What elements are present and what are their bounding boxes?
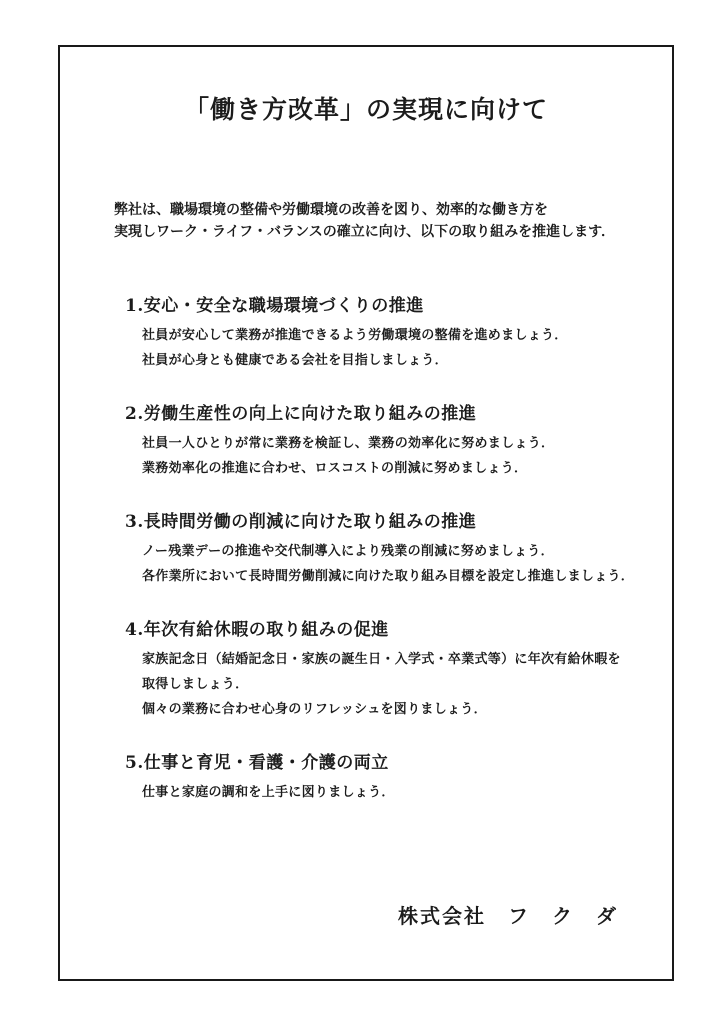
company-signature: 株式会社 フ ク ダ [60, 901, 672, 931]
section-3-line-1: ノー残業デーの推進や交代制導入により残業の削減に努めましょう． [142, 539, 672, 564]
section-2-line-2: 業務効率化の推進に合わせ、ロスコストの削減に努めましょう． [142, 456, 672, 481]
section-2: 2.労働生産性の向上に向けた取り組みの推進 社員一人ひとりが常に業務を検証し、業… [125, 401, 672, 481]
section-5-heading: 5.仕事と育児・看護・介護の両立 [125, 750, 672, 776]
section-3-line-2: 各作業所において長時間労働削減に向けた取り組み目標を設定し推進しましょう． [142, 564, 672, 589]
section-4: 4.年次有給休暇の取り組みの促進 家族記念日（結婚記念日・家族の誕生日・入学式・… [125, 617, 672, 722]
document-title: 「働き方改革」の実現に向けて [60, 93, 672, 127]
section-1-line-2: 社員が心身とも健康である会社を目指しましょう． [142, 348, 672, 373]
section-5: 5.仕事と育児・看護・介護の両立 仕事と家庭の調和を上手に図りましょう． [125, 750, 672, 805]
section-2-heading: 2.労働生産性の向上に向けた取り組みの推進 [125, 401, 672, 427]
intro-paragraph: 弊社は、職場環境の整備や労働環境の改善を図り、効率的な働き方を 実現しワーク・ラ… [114, 199, 672, 243]
policy-sections: 1.安心・安全な職場環境づくりの推進 社員が安心して業務が推進できるよう労働環境… [125, 293, 672, 805]
section-2-line-1: 社員一人ひとりが常に業務を検証し、業務の効率化に努めましょう． [142, 431, 672, 456]
section-3-heading: 3.長時間労働の削減に向けた取り組みの推進 [125, 509, 672, 535]
section-4-heading: 4.年次有給休暇の取り組みの促進 [125, 617, 672, 643]
section-5-line-1: 仕事と家庭の調和を上手に図りましょう． [142, 780, 672, 805]
intro-line-2: 実現しワーク・ライフ・バランスの確立に向け、以下の取り組みを推進します． [114, 224, 615, 240]
section-4-line-3: 個々の業務に合わせ心身のリフレッシュを図りましょう． [142, 697, 672, 722]
section-4-line-1: 家族記念日（結婚記念日・家族の誕生日・入学式・卒業式等）に年次有給休暇を [142, 647, 672, 672]
section-1-heading: 1.安心・安全な職場環境づくりの推進 [125, 293, 672, 319]
intro-line-1: 弊社は、職場環境の整備や労働環境の改善を図り、効率的な働き方を [114, 202, 548, 218]
section-1: 1.安心・安全な職場環境づくりの推進 社員が安心して業務が推進できるよう労働環境… [125, 293, 672, 373]
document-border-frame: 「働き方改革」の実現に向けて 弊社は、職場環境の整備や労働環境の改善を図り、効率… [58, 45, 674, 981]
section-4-line-2: 取得しましょう． [142, 672, 672, 697]
section-3: 3.長時間労働の削減に向けた取り組みの推進 ノー残業デーの推進や交代制導入により… [125, 509, 672, 589]
section-1-line-1: 社員が安心して業務が推進できるよう労働環境の整備を進めましょう． [142, 323, 672, 348]
